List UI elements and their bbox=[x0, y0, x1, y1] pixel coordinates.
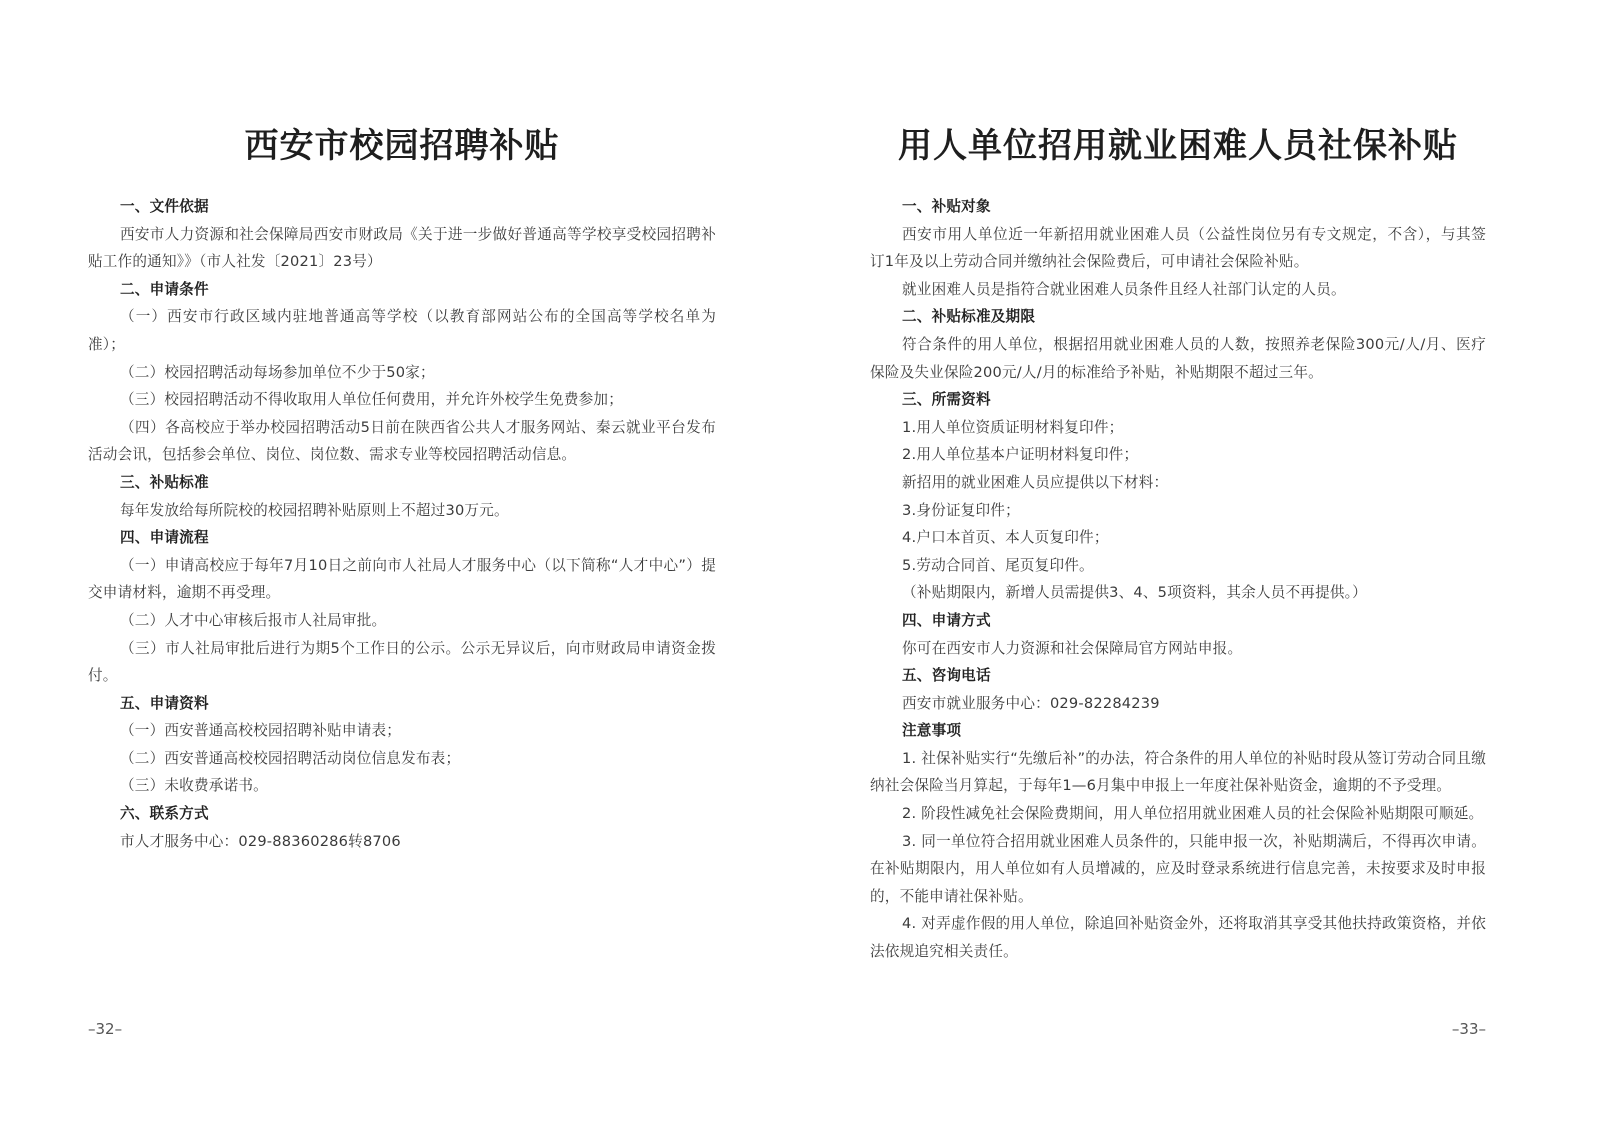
paragraph: （一）西安市行政区域内驻地普通高等学校（以教育部网站公布的全国高等学校名单为准）… bbox=[88, 303, 716, 358]
paragraph: （三）未收费承诺书。 bbox=[88, 772, 716, 800]
list-item: 3.身份证复印件； bbox=[870, 497, 1486, 525]
right-page: 用人单位招用就业困难人员社保补贴 一、补贴对象 西安市用人单位近一年新招用就业困… bbox=[870, 0, 1486, 1142]
list-note: （补贴期限内，新增人员需提供3、4、5项资料，其余人员不再提供。） bbox=[870, 579, 1486, 607]
contact-phone: 市人才服务中心：029-88360286转8706 bbox=[88, 828, 716, 856]
contact-phone: 西安市就业服务中心：029-82284239 bbox=[870, 690, 1486, 718]
section-heading: 一、文件依据 bbox=[88, 193, 716, 221]
list-item: 2.用人单位基本户证明材料复印件； bbox=[870, 441, 1486, 469]
paragraph: （二）人才中心审核后报市人社局审批。 bbox=[88, 607, 716, 635]
list-item: 1.用人单位资质证明材料复印件； bbox=[870, 414, 1486, 442]
page-title: 西安市校园招聘补贴 bbox=[88, 118, 716, 167]
paragraph: 你可在西安市人力资源和社会保障局官方网站申报。 bbox=[870, 635, 1486, 663]
note-item: 1. 社保补贴实行“先缴后补”的办法，符合条件的用人单位的补贴时段从签订劳动合同… bbox=[870, 745, 1486, 800]
paragraph: （二）校园招聘活动每场参加单位不少于50家； bbox=[88, 359, 716, 387]
paragraph: （二）西安普通高校校园招聘活动岗位信息发布表； bbox=[88, 745, 716, 773]
paragraph: （三）校园招聘活动不得收取用人单位任何费用，并允许外校学生免费参加； bbox=[88, 386, 716, 414]
page-body: 一、补贴对象 西安市用人单位近一年新招用就业困难人员（公益性岗位另有专文规定，不… bbox=[870, 193, 1486, 966]
paragraph: （一）西安普通高校校园招聘补贴申请表； bbox=[88, 717, 716, 745]
paragraph: （四）各高校应于举办校园招聘活动5日前在陕西省公共人才服务网站、秦云就业平台发布… bbox=[88, 414, 716, 469]
section-heading: 五、咨询电话 bbox=[870, 662, 1486, 690]
paragraph: 西安市用人单位近一年新招用就业困难人员（公益性岗位另有专文规定，不含），与其签订… bbox=[870, 221, 1486, 276]
section-heading: 三、补贴标准 bbox=[88, 469, 716, 497]
page-body: 一、文件依据 西安市人力资源和社会保障局西安市财政局《关于进一步做好普通高等学校… bbox=[88, 193, 716, 855]
page-number: –32– bbox=[88, 1020, 122, 1038]
page-title: 用人单位招用就业困难人员社保补贴 bbox=[870, 118, 1486, 167]
page-number: –33– bbox=[1452, 1020, 1486, 1038]
paragraph: （三）市人社局审批后进行为期5个工作日的公示。公示无异议后，向市财政局申请资金拨… bbox=[88, 635, 716, 690]
section-heading: 五、申请资料 bbox=[88, 690, 716, 718]
list-item: 4.户口本首页、本人页复印件； bbox=[870, 524, 1486, 552]
note-item: 4. 对弄虚作假的用人单位，除追回补贴资金外，还将取消其享受其他扶持政策资格，并… bbox=[870, 910, 1486, 965]
notes-heading: 注意事项 bbox=[870, 717, 1486, 745]
section-heading: 二、补贴标准及期限 bbox=[870, 303, 1486, 331]
section-heading: 四、申请流程 bbox=[88, 524, 716, 552]
section-heading: 六、联系方式 bbox=[88, 800, 716, 828]
section-heading: 二、申请条件 bbox=[88, 276, 716, 304]
paragraph: 符合条件的用人单位，根据招用就业困难人员的人数，按照养老保险300元/人/月、医… bbox=[870, 331, 1486, 386]
paragraph: （一）申请高校应于每年7月10日之前向市人社局人才服务中心（以下简称“人才中心”… bbox=[88, 552, 716, 607]
paragraph: 就业困难人员是指符合就业困难人员条件且经人社部门认定的人员。 bbox=[870, 276, 1486, 304]
note-item: 2. 阶段性减免社会保险费期间，用人单位招用就业困难人员的社会保险补贴期限可顺延… bbox=[870, 800, 1486, 828]
paragraph: 西安市人力资源和社会保障局西安市财政局《关于进一步做好普通高等学校享受校园招聘补… bbox=[88, 221, 716, 276]
section-heading: 一、补贴对象 bbox=[870, 193, 1486, 221]
note-item: 3. 同一单位符合招用就业困难人员条件的，只能申报一次，补贴期满后，不得再次申请… bbox=[870, 828, 1486, 911]
paragraph: 每年发放给每所院校的校园招聘补贴原则上不超过30万元。 bbox=[88, 497, 716, 525]
section-heading: 四、申请方式 bbox=[870, 607, 1486, 635]
section-heading: 三、所需资料 bbox=[870, 386, 1486, 414]
left-page: 西安市校园招聘补贴 一、文件依据 西安市人力资源和社会保障局西安市财政局《关于进… bbox=[88, 0, 716, 1142]
list-item: 5.劳动合同首、尾页复印件。 bbox=[870, 552, 1486, 580]
list-item: 新招用的就业困难人员应提供以下材料： bbox=[870, 469, 1486, 497]
